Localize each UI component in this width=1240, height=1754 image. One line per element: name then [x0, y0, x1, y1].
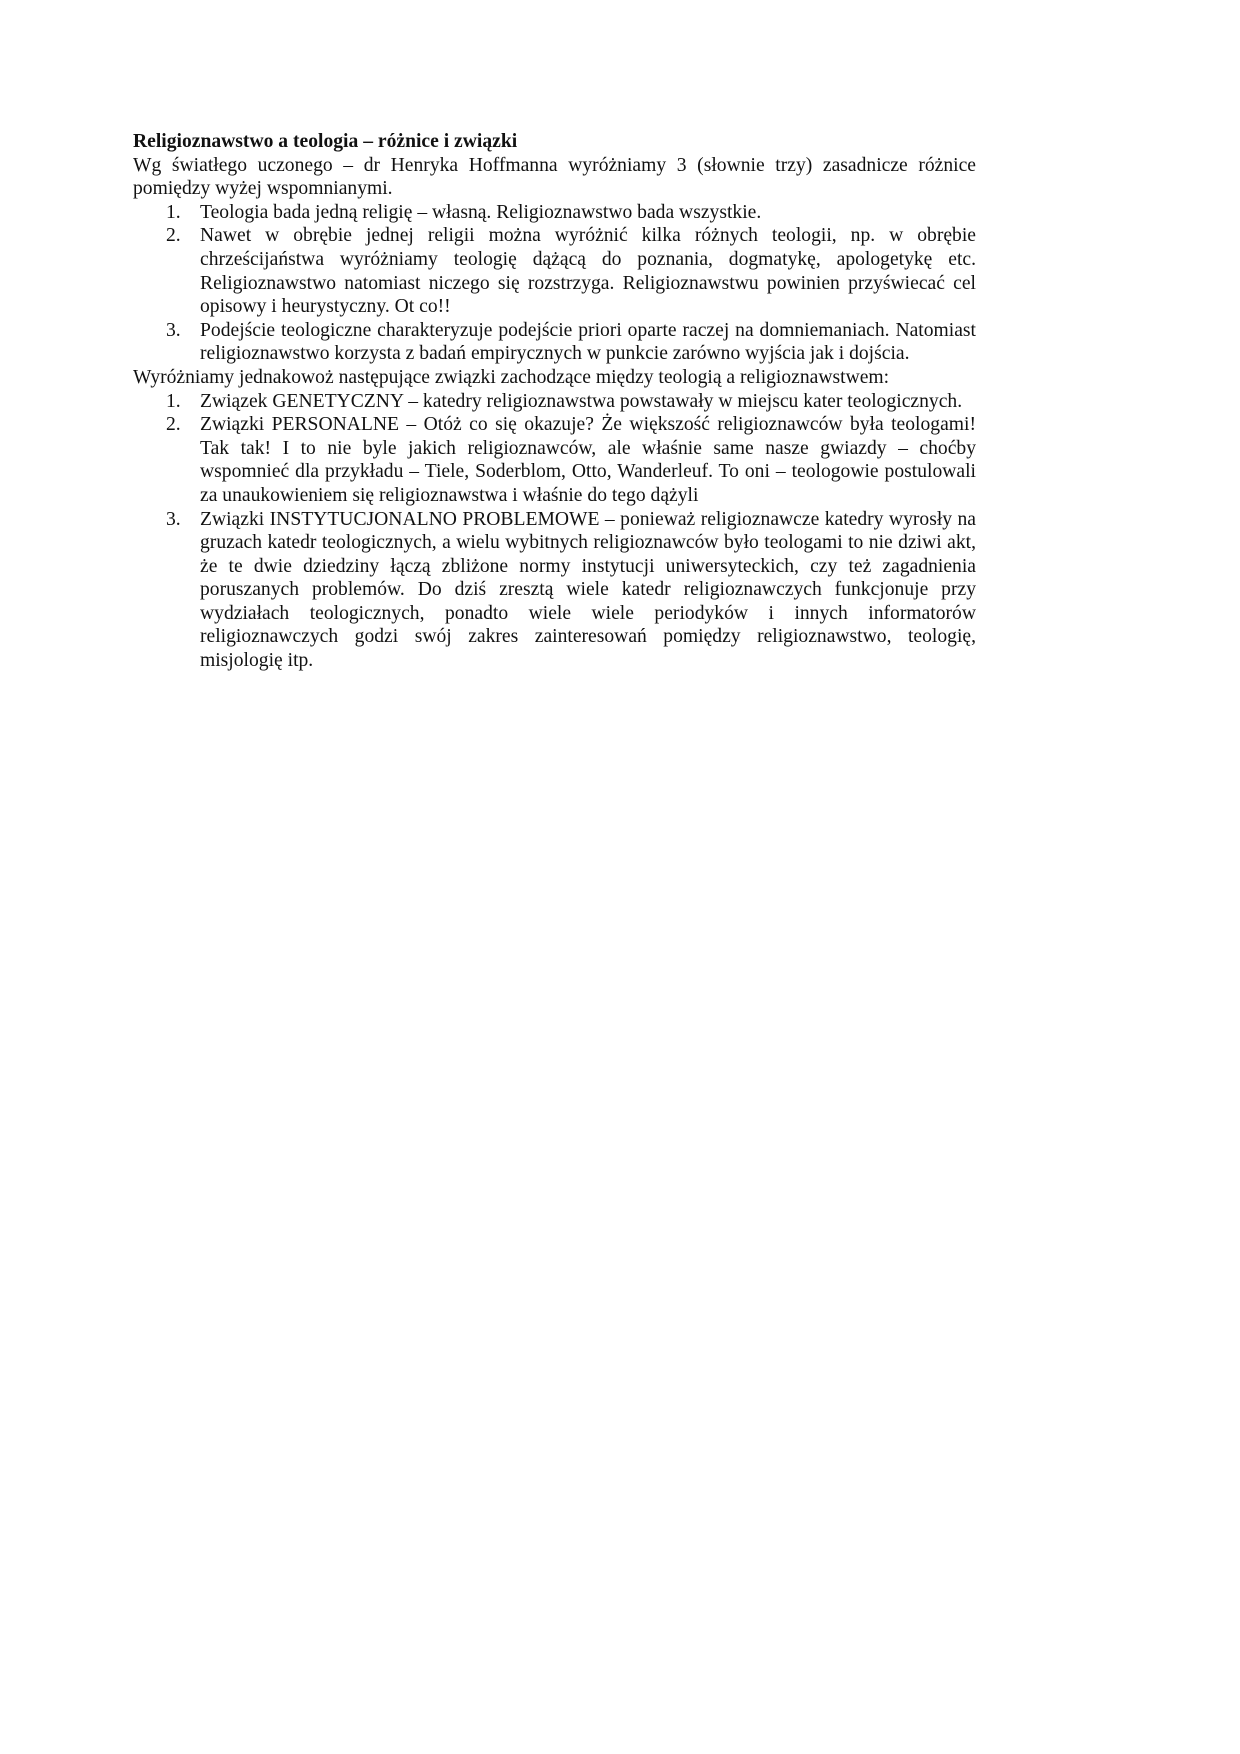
list-number: 1.: [166, 201, 181, 225]
list-item: 1. Teologia bada jedną religię – własną.…: [133, 201, 976, 225]
list-number: 3.: [166, 508, 181, 532]
list-item-text: Teologia bada jedną religię – własną. Re…: [200, 202, 761, 223]
intro-paragraph: Wg światłego uczonego – dr Henryka Hoffm…: [133, 154, 976, 201]
relations-intro-paragraph: Wyróżniamy jednakowoż następujące związk…: [133, 366, 976, 390]
document-title: Religioznawstwo a teologia – różnice i z…: [133, 130, 976, 154]
list-item-text: Związek GENETYCZNY – katedry religioznaw…: [200, 391, 962, 412]
list-number: 2.: [166, 413, 181, 437]
list-number: 2.: [166, 224, 181, 248]
list-item-text: Związki PERSONALNE – Otóż co się okazuje…: [200, 414, 976, 506]
document-page: Religioznawstwo a teologia – różnice i z…: [133, 130, 976, 673]
list-item: 1. Związek GENETYCZNY – katedry religioz…: [133, 390, 976, 414]
list-item: 3. Związki INSTYTUCJONALNO PROBLEMOWE – …: [133, 508, 976, 673]
list-item: 3. Podejście teologiczne charakteryzuje …: [133, 319, 976, 366]
list-item: 2. Związki PERSONALNE – Otóż co się okaz…: [133, 413, 976, 507]
list-item-text: Nawet w obrębie jednej religii można wyr…: [200, 225, 976, 317]
list-item: 2. Nawet w obrębie jednej religii można …: [133, 224, 976, 318]
relations-list: 1. Związek GENETYCZNY – katedry religioz…: [133, 390, 976, 673]
list-number: 3.: [166, 319, 181, 343]
list-item-text: Podejście teologiczne charakteryzuje pod…: [200, 320, 976, 365]
list-item-text: Związki INSTYTUCJONALNO PROBLEMOWE – pon…: [200, 509, 976, 672]
list-number: 1.: [166, 390, 181, 414]
differences-list: 1. Teologia bada jedną religię – własną.…: [133, 201, 976, 366]
